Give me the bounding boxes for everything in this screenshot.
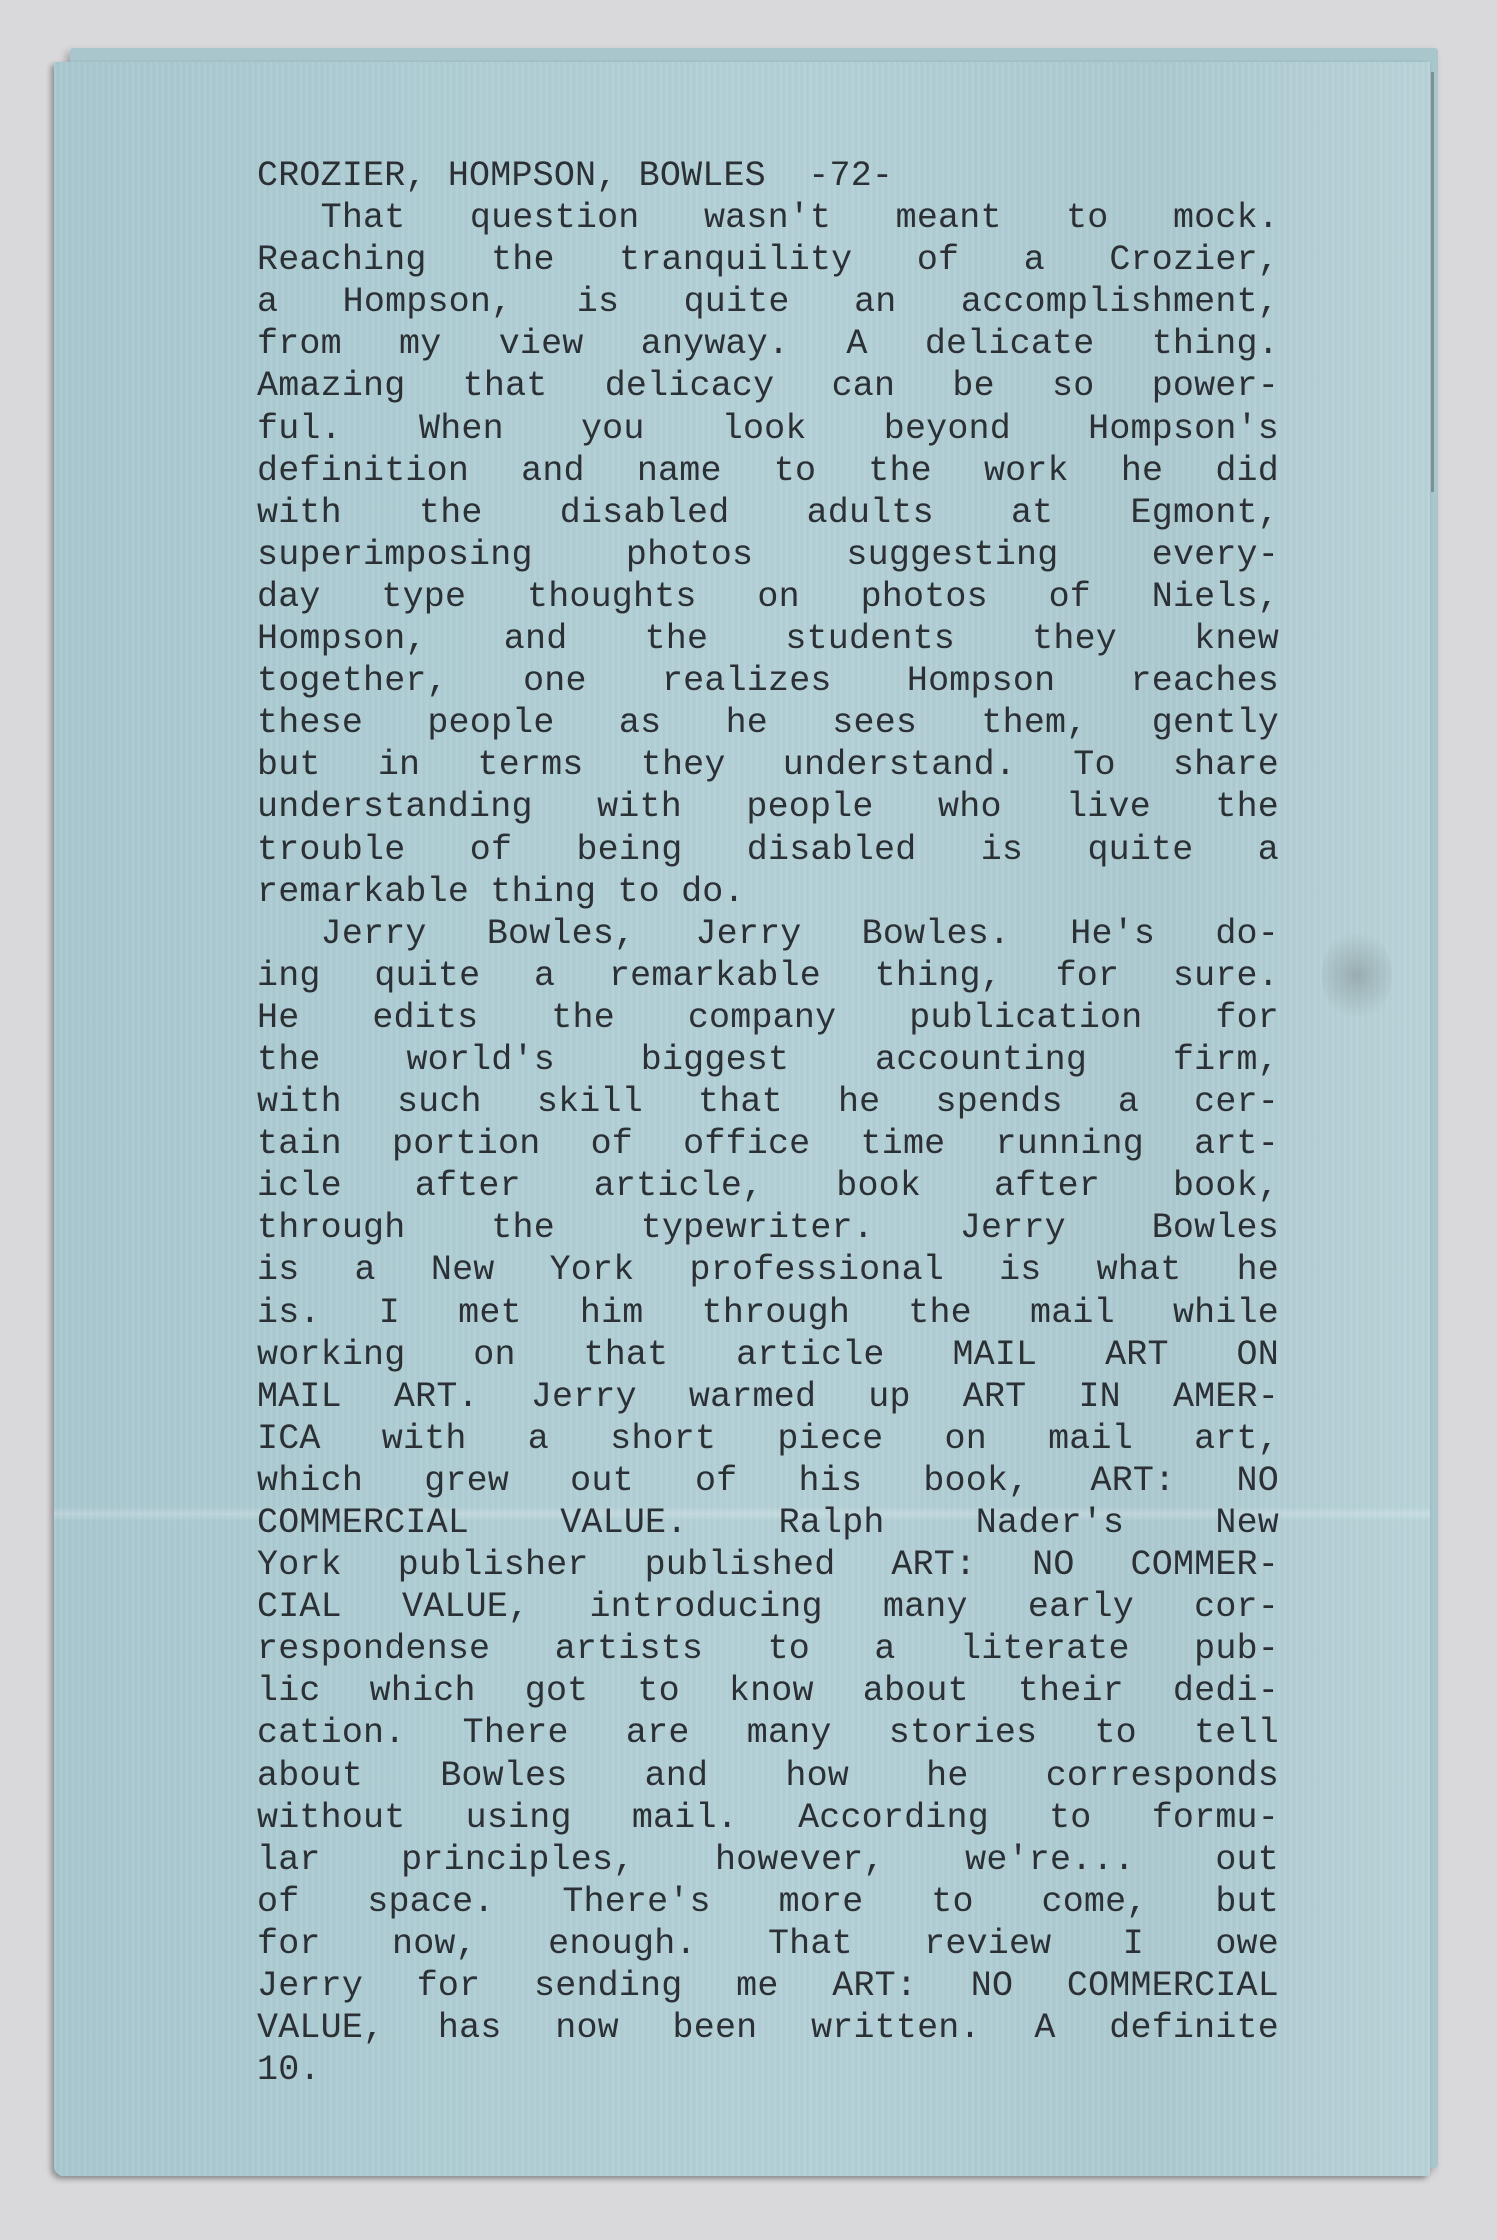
text-line: understandingwithpeoplewholivethe xyxy=(257,786,1279,828)
text-line: Thatquestionwasn'tmeanttomock. xyxy=(257,197,1279,239)
text-line: isaNewYorkprofessionaliswhathe xyxy=(257,1249,1279,1291)
text-line: definitionandnametotheworkhedid xyxy=(257,450,1279,492)
text-line: CIALVALUE,introducingmanyearlycor- xyxy=(257,1586,1279,1628)
text-line: withthedisabledadultsatEgmont, xyxy=(257,492,1279,534)
text-line: remarkable thing to do. xyxy=(257,871,1279,913)
paragraph: JerryBowles,JerryBowles.He'sdo-ingquitea… xyxy=(257,913,1279,2092)
torn-edge xyxy=(1431,72,1434,492)
text-line: larprinciples,however,we're...out xyxy=(257,1839,1279,1881)
text-line: licwhichgottoknowabouttheirdedi- xyxy=(257,1670,1279,1712)
text-line: VALUE,hasnowbeenwritten.Adefinite xyxy=(257,2007,1279,2049)
text-line: butintermstheyunderstand.Toshare xyxy=(257,744,1279,786)
text-line: ful.WhenyoulookbeyondHompson's xyxy=(257,408,1279,450)
text-line: daytypethoughtsonphotosofNiels, xyxy=(257,576,1279,618)
text-line: withoutusingmail.Accordingtoformu- xyxy=(257,1797,1279,1839)
text-line: troubleofbeingdisabledisquitea xyxy=(257,829,1279,871)
page-header: CROZIER, HOMPSON, BOWLES -72- xyxy=(257,155,1279,197)
paragraph: Thatquestionwasn'tmeanttomock.Reachingth… xyxy=(257,197,1279,913)
text-line: Amazingthatdelicacycanbesopower- xyxy=(257,365,1279,407)
text-line: throughthetypewriter.JerryBowles xyxy=(257,1207,1279,1249)
text-line: whichgrewoutofhisbook,ART:NO xyxy=(257,1460,1279,1502)
text-line: MAILART.JerrywarmedupARTINAMER- xyxy=(257,1376,1279,1418)
text-line: workingonthatarticleMAILARTON xyxy=(257,1334,1279,1376)
text-line: tainportionofofficetimerunningart- xyxy=(257,1123,1279,1165)
text-line: YorkpublisherpublishedART:NOCOMMER- xyxy=(257,1544,1279,1586)
text-line: ingquitearemarkablething,forsure. xyxy=(257,955,1279,997)
text-line: JerryforsendingmeART:NOCOMMERCIAL xyxy=(257,1965,1279,2007)
text-line: Hompson,andthestudentstheyknew xyxy=(257,618,1279,660)
text-line: ofspace.There'smoretocome,but xyxy=(257,1881,1279,1923)
page-text: CROZIER, HOMPSON, BOWLES -72- Thatquesti… xyxy=(257,155,1279,2091)
text-line: cation.Therearemanystoriestotell xyxy=(257,1712,1279,1754)
text-line: is.Imethimthroughthemailwhile xyxy=(257,1292,1279,1334)
text-line: ICAwithashortpieceonmailart, xyxy=(257,1418,1279,1460)
text-line: JerryBowles,JerryBowles.He'sdo- xyxy=(257,913,1279,955)
text-line: icleafterarticle,bookafterbook, xyxy=(257,1165,1279,1207)
text-line: fornow,enough.ThatreviewIowe xyxy=(257,1923,1279,1965)
text-line: respondenseartiststoaliteratepub- xyxy=(257,1628,1279,1670)
text-line: Heeditsthecompanypublicationfor xyxy=(257,997,1279,1039)
text-line: superimposingphotossuggestingevery- xyxy=(257,534,1279,576)
text-line: ReachingthetranquilityofaCrozier, xyxy=(257,239,1279,281)
text-line: COMMERCIALVALUE.RalphNader'sNew xyxy=(257,1502,1279,1544)
text-line: 10. xyxy=(257,2049,1279,2091)
text-line: frommyviewanyway.Adelicatething. xyxy=(257,323,1279,365)
text-line: aHompson,isquiteanaccomplishment, xyxy=(257,281,1279,323)
text-line: aboutBowlesandhowhecorresponds xyxy=(257,1755,1279,1797)
text-line: thesepeopleasheseesthem,gently xyxy=(257,702,1279,744)
text-line: theworld'sbiggestaccountingfirm, xyxy=(257,1039,1279,1081)
body-paragraphs: Thatquestionwasn'tmeanttomock.Reachingth… xyxy=(257,197,1279,2091)
text-line: withsuchskillthathespendsacer- xyxy=(257,1081,1279,1123)
ink-smudge xyxy=(1322,930,1392,1020)
text-line: together,onerealizesHompsonreaches xyxy=(257,660,1279,702)
